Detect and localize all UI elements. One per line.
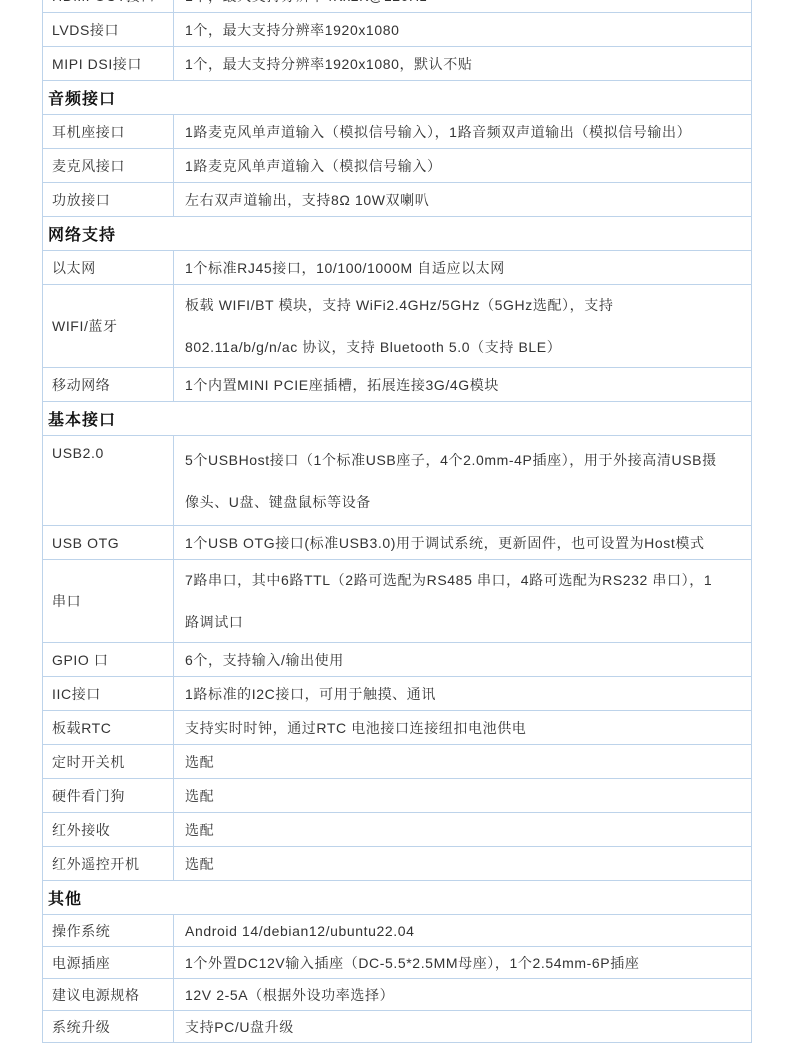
spec-value-text: 6个，支持输入/输出使用	[185, 650, 344, 670]
spec-row-watchdog: 硬件看门狗 选配	[43, 779, 751, 813]
spec-row-serial-port: 串口 7路串口，其中6路TTL（2路可选配为RS485 串口，4路可选配为RS2…	[43, 560, 751, 643]
spec-label-text: 功放接口	[52, 190, 110, 210]
spec-value-text: 左右双声道输出，支持8Ω 10W双喇叭	[185, 190, 429, 210]
spec-value: 选配	[174, 847, 751, 880]
spec-label-text: 定时开关机	[52, 752, 125, 772]
spec-row-rtc: 板载RTC 支持实时时钟，通过RTC 电池接口连接纽扣电池供电	[43, 711, 751, 745]
spec-value-text: 12V 2-5A（根据外设功率选择）	[185, 985, 394, 1005]
spec-value-text: 1路麦克风单声道输入（模拟信号输入）	[185, 156, 442, 176]
spec-row-amplifier: 功放接口 左右双声道输出，支持8Ω 10W双喇叭	[43, 183, 751, 217]
section-header-basic-io: 基本接口	[43, 402, 751, 436]
spec-row-mipi-dsi: MIPI DSI接口 1个，最大支持分辨率1920x1080，默认不贴	[43, 47, 751, 81]
section-title: 基本接口	[48, 407, 116, 430]
spec-row-wifi-bluetooth: WIFI/蓝牙 板载 WIFI/BT 模块，支持 WiFi2.4GHz/5GHz…	[43, 285, 751, 368]
spec-label: MIPI DSI接口	[43, 47, 174, 80]
spec-label: GPIO 口	[43, 643, 174, 676]
spec-label-text: 移动网络	[52, 375, 110, 395]
spec-value: 1个外置DC12V输入插座（DC-5.5*2.5MM母座），1个2.54mm-6…	[174, 947, 751, 978]
spec-row-headphone-jack: 耳机座接口 1路麦克风单声道输入（模拟信号输入），1路音频双声道输出（模拟信号输…	[43, 115, 751, 149]
spec-label: 建议电源规格	[43, 979, 174, 1010]
spec-value-text: 1个USB OTG接口(标准USB3.0)用于调试系统，更新固件，也可设置为Ho…	[185, 533, 705, 553]
spec-label: HDMI OUT接口	[43, 0, 174, 12]
section-header-audio: 音频接口	[43, 81, 751, 115]
spec-label-text: 电源插座	[52, 953, 110, 973]
spec-value: 1路麦克风单声道输入（模拟信号输入），1路音频双声道输出（模拟信号输出）	[174, 115, 751, 148]
spec-value-text: 1个，最大支持分辨率1920x1080，默认不贴	[185, 54, 472, 74]
spec-value: 7路串口，其中6路TTL（2路可选配为RS485 串口，4路可选配为RS232 …	[174, 560, 751, 642]
spec-value-text: 支持PC/U盘升级	[185, 1017, 294, 1037]
spec-label: 系统升级	[43, 1011, 174, 1042]
spec-label: 红外遥控开机	[43, 847, 174, 880]
spec-label: 定时开关机	[43, 745, 174, 778]
spec-row-power-spec: 建议电源规格 12V 2-5A（根据外设功率选择）	[43, 979, 751, 1011]
spec-row-os: 操作系统 Android 14/debian12/ubuntu22.04	[43, 915, 751, 947]
spec-label-text: 红外接收	[52, 820, 110, 840]
spec-value-text: 1个，最大支持分辨率4Kx2K@120Hz	[185, 0, 427, 6]
spec-row-microphone: 麦克风接口 1路麦克风单声道输入（模拟信号输入）	[43, 149, 751, 183]
spec-label: WIFI/蓝牙	[43, 285, 174, 367]
spec-row-gpio: GPIO 口 6个，支持输入/输出使用	[43, 643, 751, 677]
spec-value-text: 1路标准的I2C接口，可用于触摸、通讯	[185, 684, 436, 704]
spec-label: LVDS接口	[43, 13, 174, 46]
spec-row-system-upgrade: 系统升级 支持PC/U盘升级	[43, 1011, 751, 1043]
spec-value-text: 5个USBHost接口（1个标准USB座子，4个2.0mm-4P插座），用于外接…	[185, 439, 721, 523]
spec-label-text: USB2.0	[52, 445, 104, 461]
spec-label-text: WIFI/蓝牙	[52, 316, 118, 336]
spec-value: 板载 WIFI/BT 模块，支持 WiFi2.4GHz/5GHz（5GHz选配）…	[174, 285, 751, 367]
spec-row-lvds: LVDS接口 1个，最大支持分辨率1920x1080	[43, 13, 751, 47]
spec-label-text: 麦克风接口	[52, 156, 125, 176]
spec-label-text: 操作系统	[52, 921, 110, 941]
spec-label-text: IIC接口	[52, 684, 101, 704]
spec-label: USB OTG	[43, 526, 174, 559]
spec-label-text: GPIO 口	[52, 650, 109, 670]
spec-label-text: 以太网	[52, 258, 96, 278]
spec-label: 耳机座接口	[43, 115, 174, 148]
section-title: 其他	[48, 886, 82, 909]
spec-row-scheduled-power: 定时开关机 选配	[43, 745, 751, 779]
spec-value-text: 1路麦克风单声道输入（模拟信号输入），1路音频双声道输出（模拟信号输出）	[185, 122, 691, 142]
spec-label: 移动网络	[43, 368, 174, 401]
spec-value: Android 14/debian12/ubuntu22.04	[174, 915, 751, 946]
section-title: 音频接口	[48, 86, 116, 109]
spec-label-text: USB OTG	[52, 535, 119, 551]
spec-label: 功放接口	[43, 183, 174, 216]
spec-value: 左右双声道输出，支持8Ω 10W双喇叭	[174, 183, 751, 216]
spec-label-text: LVDS接口	[52, 20, 119, 40]
spec-value: 选配	[174, 813, 751, 846]
spec-label: IIC接口	[43, 677, 174, 710]
spec-value: 1个，最大支持分辨率1920x1080	[174, 13, 751, 46]
spec-value-text: 1个外置DC12V输入插座（DC-5.5*2.5MM母座），1个2.54mm-6…	[185, 953, 639, 973]
spec-table: HDMI OUT接口 1个，最大支持分辨率4Kx2K@120Hz LVDS接口 …	[42, 0, 752, 1043]
spec-label: 板载RTC	[43, 711, 174, 744]
spec-label-text: HDMI OUT接口	[52, 0, 155, 6]
spec-value-text: 7路串口，其中6路TTL（2路可选配为RS485 串口，4路可选配为RS232 …	[185, 559, 721, 643]
section-title: 网络支持	[48, 222, 116, 245]
spec-value: 6个，支持输入/输出使用	[174, 643, 751, 676]
spec-value: 选配	[174, 779, 751, 812]
spec-value: 支持实时时钟，通过RTC 电池接口连接纽扣电池供电	[174, 711, 751, 744]
spec-label: 麦克风接口	[43, 149, 174, 182]
spec-row-mobile-network: 移动网络 1个内置MINI PCIE座插槽，拓展连接3G/4G模块	[43, 368, 751, 402]
spec-label: 电源插座	[43, 947, 174, 978]
spec-label: 以太网	[43, 251, 174, 284]
spec-value: 1个标准RJ45接口，10/100/1000M 自适应以太网	[174, 251, 751, 284]
spec-value-text: 选配	[185, 820, 214, 840]
spec-value-text: 选配	[185, 752, 214, 772]
spec-value-text: 板载 WIFI/BT 模块，支持 WiFi2.4GHz/5GHz（5GHz选配）…	[185, 284, 721, 368]
spec-label: USB2.0	[43, 436, 174, 525]
section-header-other: 其他	[43, 881, 751, 915]
spec-label-text: 硬件看门狗	[52, 786, 125, 806]
spec-label: 红外接收	[43, 813, 174, 846]
spec-label: 串口	[43, 560, 174, 642]
spec-label: 硬件看门狗	[43, 779, 174, 812]
spec-label-text: 建议电源规格	[52, 985, 140, 1005]
spec-row-ethernet: 以太网 1个标准RJ45接口，10/100/1000M 自适应以太网	[43, 251, 751, 285]
spec-label-text: 板载RTC	[52, 718, 112, 738]
spec-row-iic: IIC接口 1路标准的I2C接口，可用于触摸、通讯	[43, 677, 751, 711]
section-header-network: 网络支持	[43, 217, 751, 251]
spec-value-text: 1个内置MINI PCIE座插槽，拓展连接3G/4G模块	[185, 375, 499, 395]
spec-value: 支持PC/U盘升级	[174, 1011, 751, 1042]
spec-label-text: MIPI DSI接口	[52, 54, 142, 74]
spec-value-text: 选配	[185, 854, 214, 874]
spec-row-hdmi-out: HDMI OUT接口 1个，最大支持分辨率4Kx2K@120Hz	[43, 0, 751, 13]
spec-row-power-socket: 电源插座 1个外置DC12V输入插座（DC-5.5*2.5MM母座），1个2.5…	[43, 947, 751, 979]
spec-row-usb-otg: USB OTG 1个USB OTG接口(标准USB3.0)用于调试系统，更新固件…	[43, 526, 751, 560]
spec-value-text: 选配	[185, 786, 214, 806]
spec-label-text: 红外遥控开机	[52, 854, 140, 874]
spec-value: 12V 2-5A（根据外设功率选择）	[174, 979, 751, 1010]
spec-label-text: 串口	[52, 591, 81, 611]
spec-label: 操作系统	[43, 915, 174, 946]
spec-value: 1个，最大支持分辨率4Kx2K@120Hz	[174, 0, 751, 12]
spec-value: 选配	[174, 745, 751, 778]
spec-label-text: 耳机座接口	[52, 122, 125, 142]
spec-value: 5个USBHost接口（1个标准USB座子，4个2.0mm-4P插座），用于外接…	[174, 436, 751, 525]
spec-value: 1个内置MINI PCIE座插槽，拓展连接3G/4G模块	[174, 368, 751, 401]
spec-row-ir-remote-poweron: 红外遥控开机 选配	[43, 847, 751, 881]
spec-value-text: 1个标准RJ45接口，10/100/1000M 自适应以太网	[185, 258, 505, 278]
spec-value-text: 1个，最大支持分辨率1920x1080	[185, 20, 399, 40]
spec-label-text: 系统升级	[52, 1017, 110, 1037]
spec-value-text: 支持实时时钟，通过RTC 电池接口连接纽扣电池供电	[185, 718, 526, 738]
spec-value-text: Android 14/debian12/ubuntu22.04	[185, 923, 415, 939]
spec-row-ir-receive: 红外接收 选配	[43, 813, 751, 847]
spec-value: 1个，最大支持分辨率1920x1080，默认不贴	[174, 47, 751, 80]
spec-value: 1路麦克风单声道输入（模拟信号输入）	[174, 149, 751, 182]
spec-row-usb2: USB2.0 5个USBHost接口（1个标准USB座子，4个2.0mm-4P插…	[43, 436, 751, 526]
spec-value: 1个USB OTG接口(标准USB3.0)用于调试系统，更新固件，也可设置为Ho…	[174, 526, 751, 559]
spec-value: 1路标准的I2C接口，可用于触摸、通讯	[174, 677, 751, 710]
